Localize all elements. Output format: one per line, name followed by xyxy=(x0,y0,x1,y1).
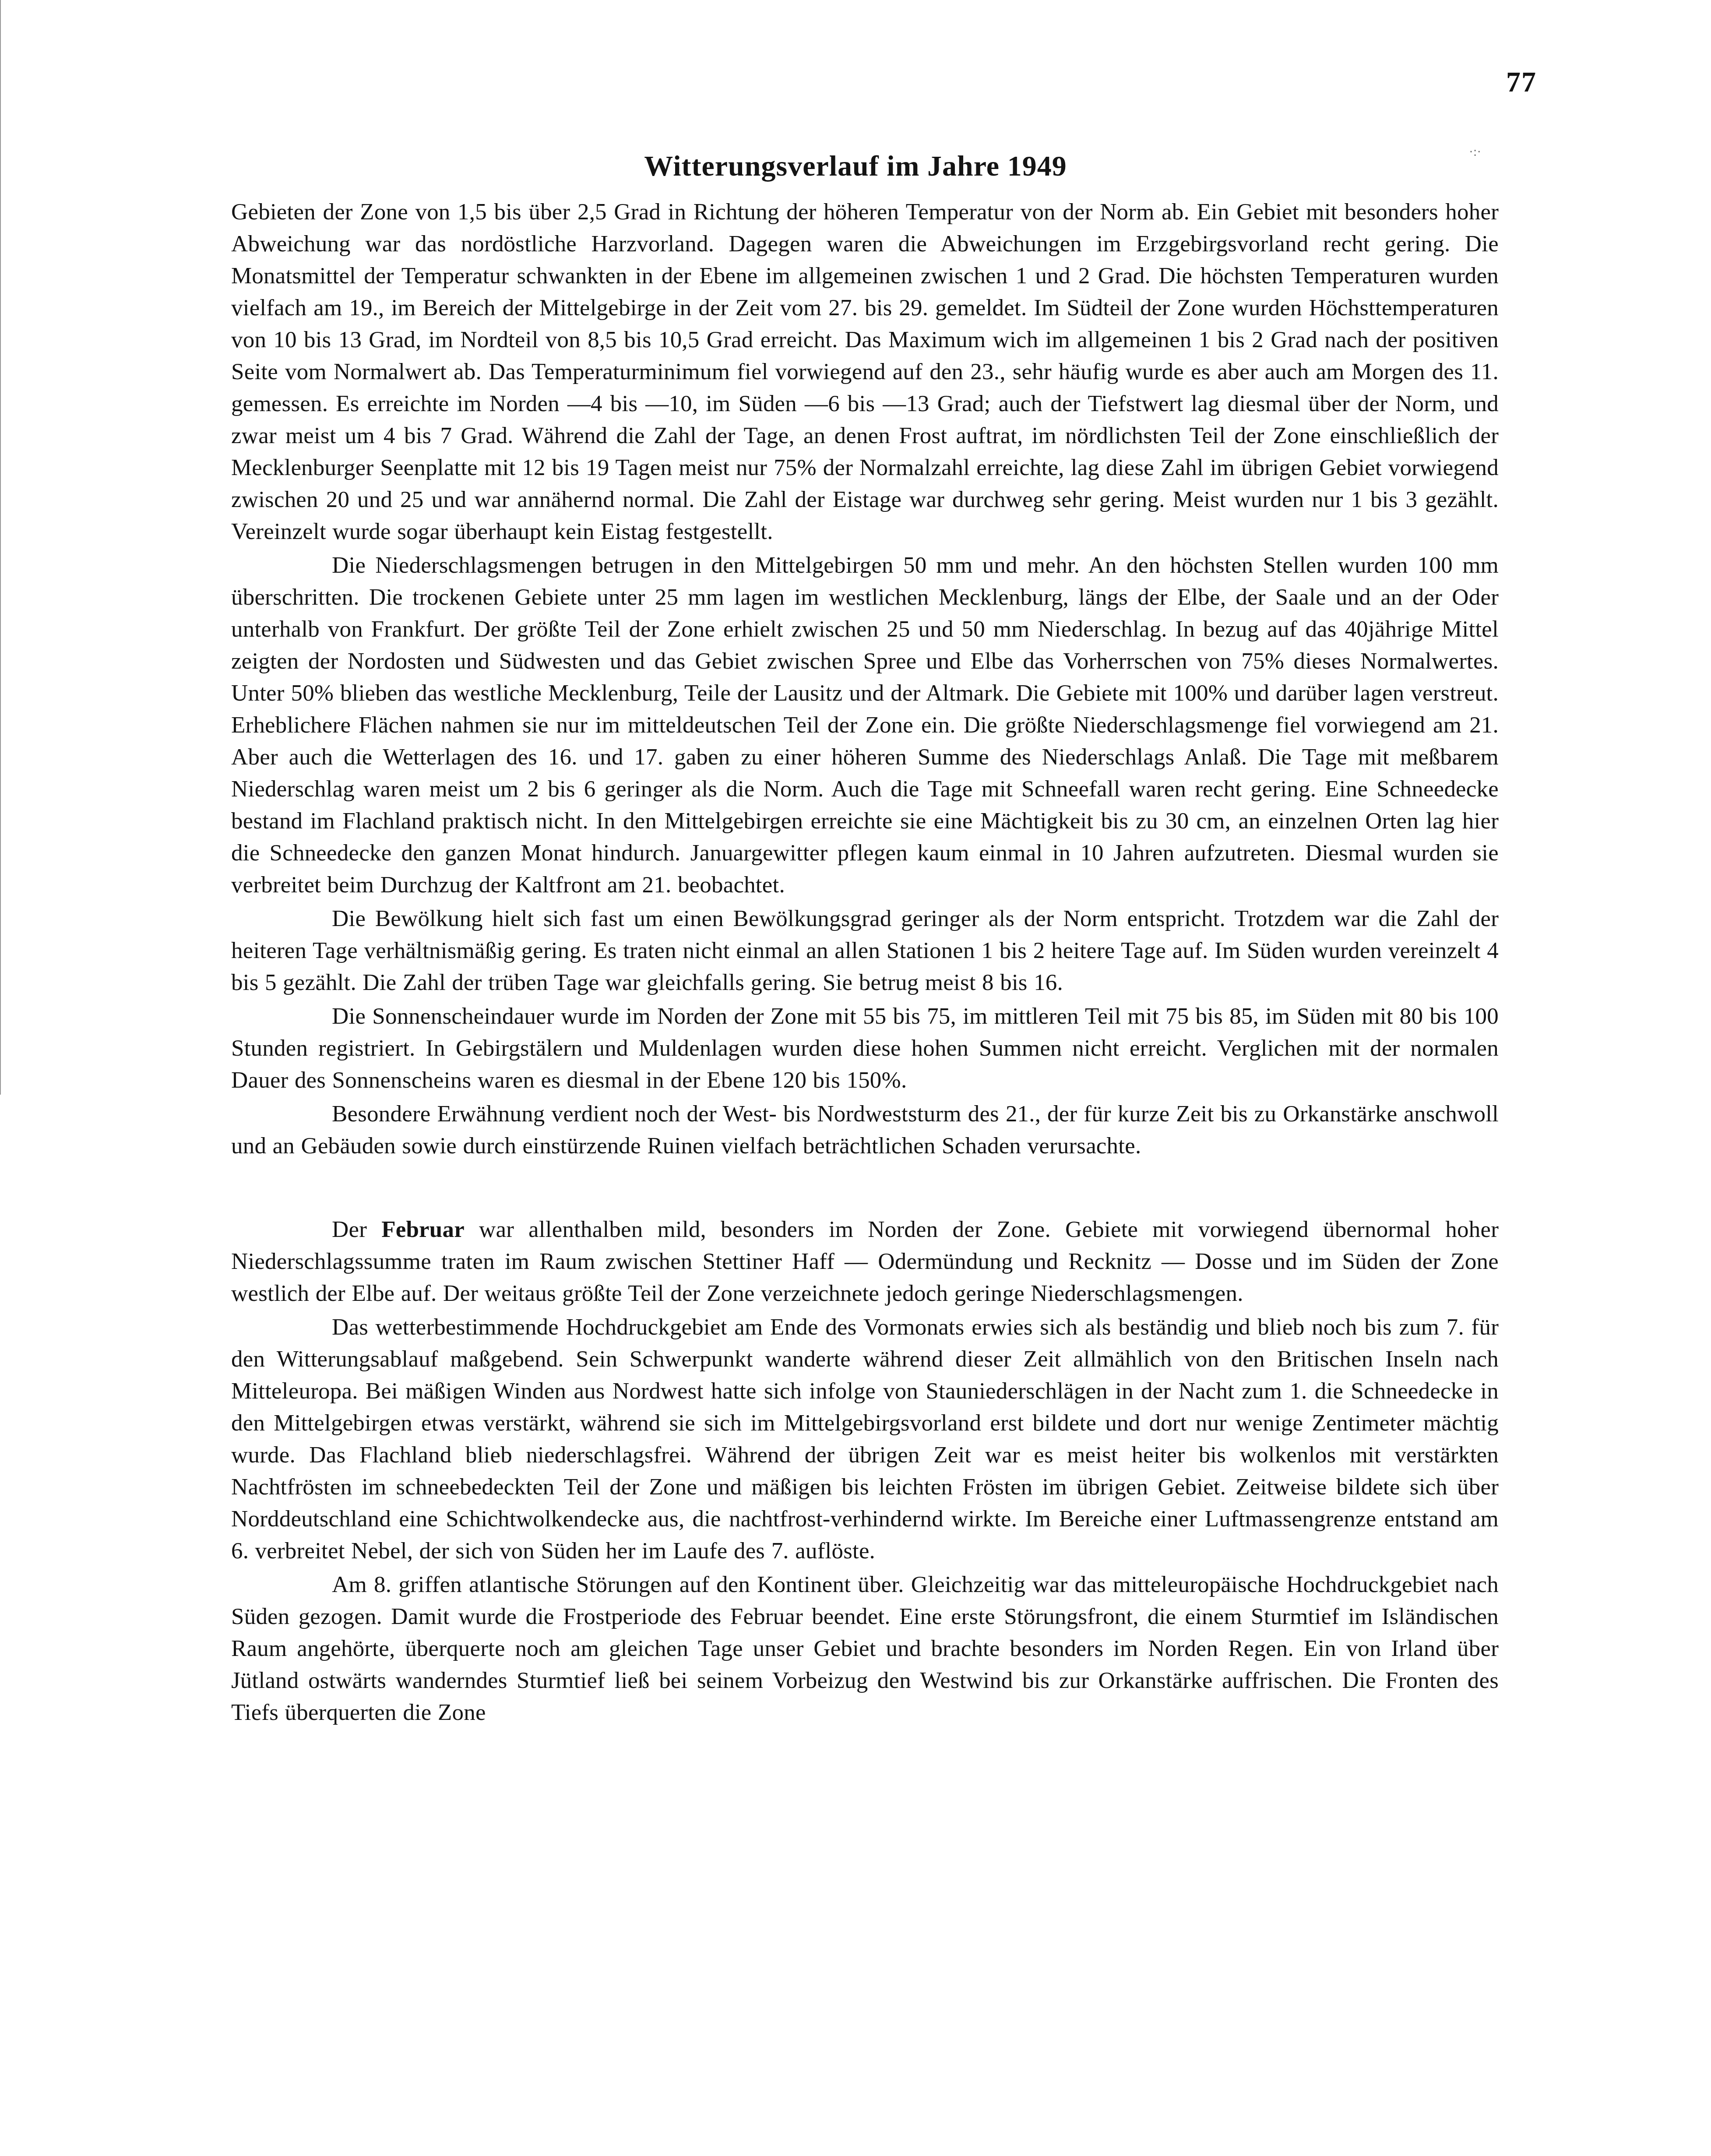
paragraph-januar-bewoelkung: Die Bewölkung hielt sich fast um einen B… xyxy=(231,903,1499,999)
page-title: Witterungsverlauf im Jahre 1949 xyxy=(0,150,1711,183)
page-number: 77 xyxy=(1506,66,1537,99)
edge-mark-left-1 xyxy=(0,0,1,1095)
paragraph-januar-niederschlag: Die Niederschlagsmengen betrugen in den … xyxy=(231,550,1499,901)
paragraph-januar-sturm: Besondere Erwähnung verdient noch der We… xyxy=(231,1098,1499,1162)
paragraph-januar-temperatur: Gebieten der Zone von 1,5 bis über 2,5 G… xyxy=(231,196,1499,548)
body-text: Gebieten der Zone von 1,5 bis über 2,5 G… xyxy=(231,196,1499,1729)
lead-text: Der xyxy=(332,1217,381,1242)
paragraph-februar-hochdruck: Das wetterbestimmende Hochdruckgebiet am… xyxy=(231,1311,1499,1567)
paragraph-januar-sonnenschein: Die Sonnenscheindauer wurde im Norden de… xyxy=(231,1000,1499,1096)
paragraph-februar-stoerungen: Am 8. griffen atlantische Störungen auf … xyxy=(231,1569,1499,1729)
month-heading-februar: Februar xyxy=(381,1217,465,1242)
scan-speck: ·:· xyxy=(1469,144,1481,159)
paragraph-februar-einleitung: Der Februar war allenthalben mild, beson… xyxy=(231,1214,1499,1310)
